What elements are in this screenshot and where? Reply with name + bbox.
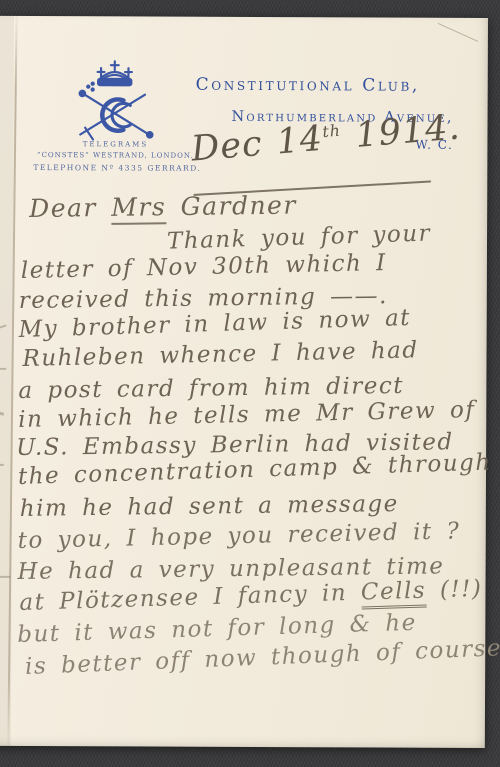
telegrams-address: “CONSTES” WESTRAND, LONDON. xyxy=(33,151,197,160)
constitutional-club-crest-icon xyxy=(65,56,163,148)
letter-line: him he had sent a message xyxy=(20,493,399,521)
corner-fold-line xyxy=(438,23,479,42)
show-through-mark xyxy=(0,576,11,578)
letter-scan: TELEGRAMS “CONSTES” WESTRAND, LONDON. TE… xyxy=(0,0,500,767)
show-through-mark xyxy=(0,368,6,370)
cells-underlined: Cells xyxy=(361,578,427,610)
salutation-line: Dear Mrs Gardner xyxy=(29,192,297,221)
salutation-prefix: Dear xyxy=(29,193,112,223)
letter-line: to you, I hope you received it ? xyxy=(17,520,460,553)
show-through-mark xyxy=(0,464,4,466)
date-suffix: th xyxy=(322,121,342,141)
cells-suffix: (!!) xyxy=(426,576,483,604)
letter-line: in which he tells me Mr Grew of xyxy=(18,399,476,432)
date-main: Dec 14 xyxy=(190,119,325,170)
letter-page: TELEGRAMS “CONSTES” WESTRAND, LONDON. TE… xyxy=(0,16,488,748)
salutation-underlined: Mrs xyxy=(111,192,166,225)
telegrams-label: TELEGRAMS xyxy=(33,140,197,149)
club-name: Constitutional Club, xyxy=(196,75,420,96)
letter-line: a post card from him direct xyxy=(18,375,404,403)
cells-prefix: at Plötzensee I fancy in xyxy=(19,580,361,616)
salutation-suffix: Gardner xyxy=(166,190,297,221)
telephone-line: TELEPHONE Nº 4335 GERRARD. xyxy=(33,163,197,173)
letter-line: Thank you for your xyxy=(167,223,432,254)
letter-line: Ruhleben whence I have had xyxy=(22,339,419,371)
letter-line: letter of Nov 30th which I xyxy=(21,252,387,283)
